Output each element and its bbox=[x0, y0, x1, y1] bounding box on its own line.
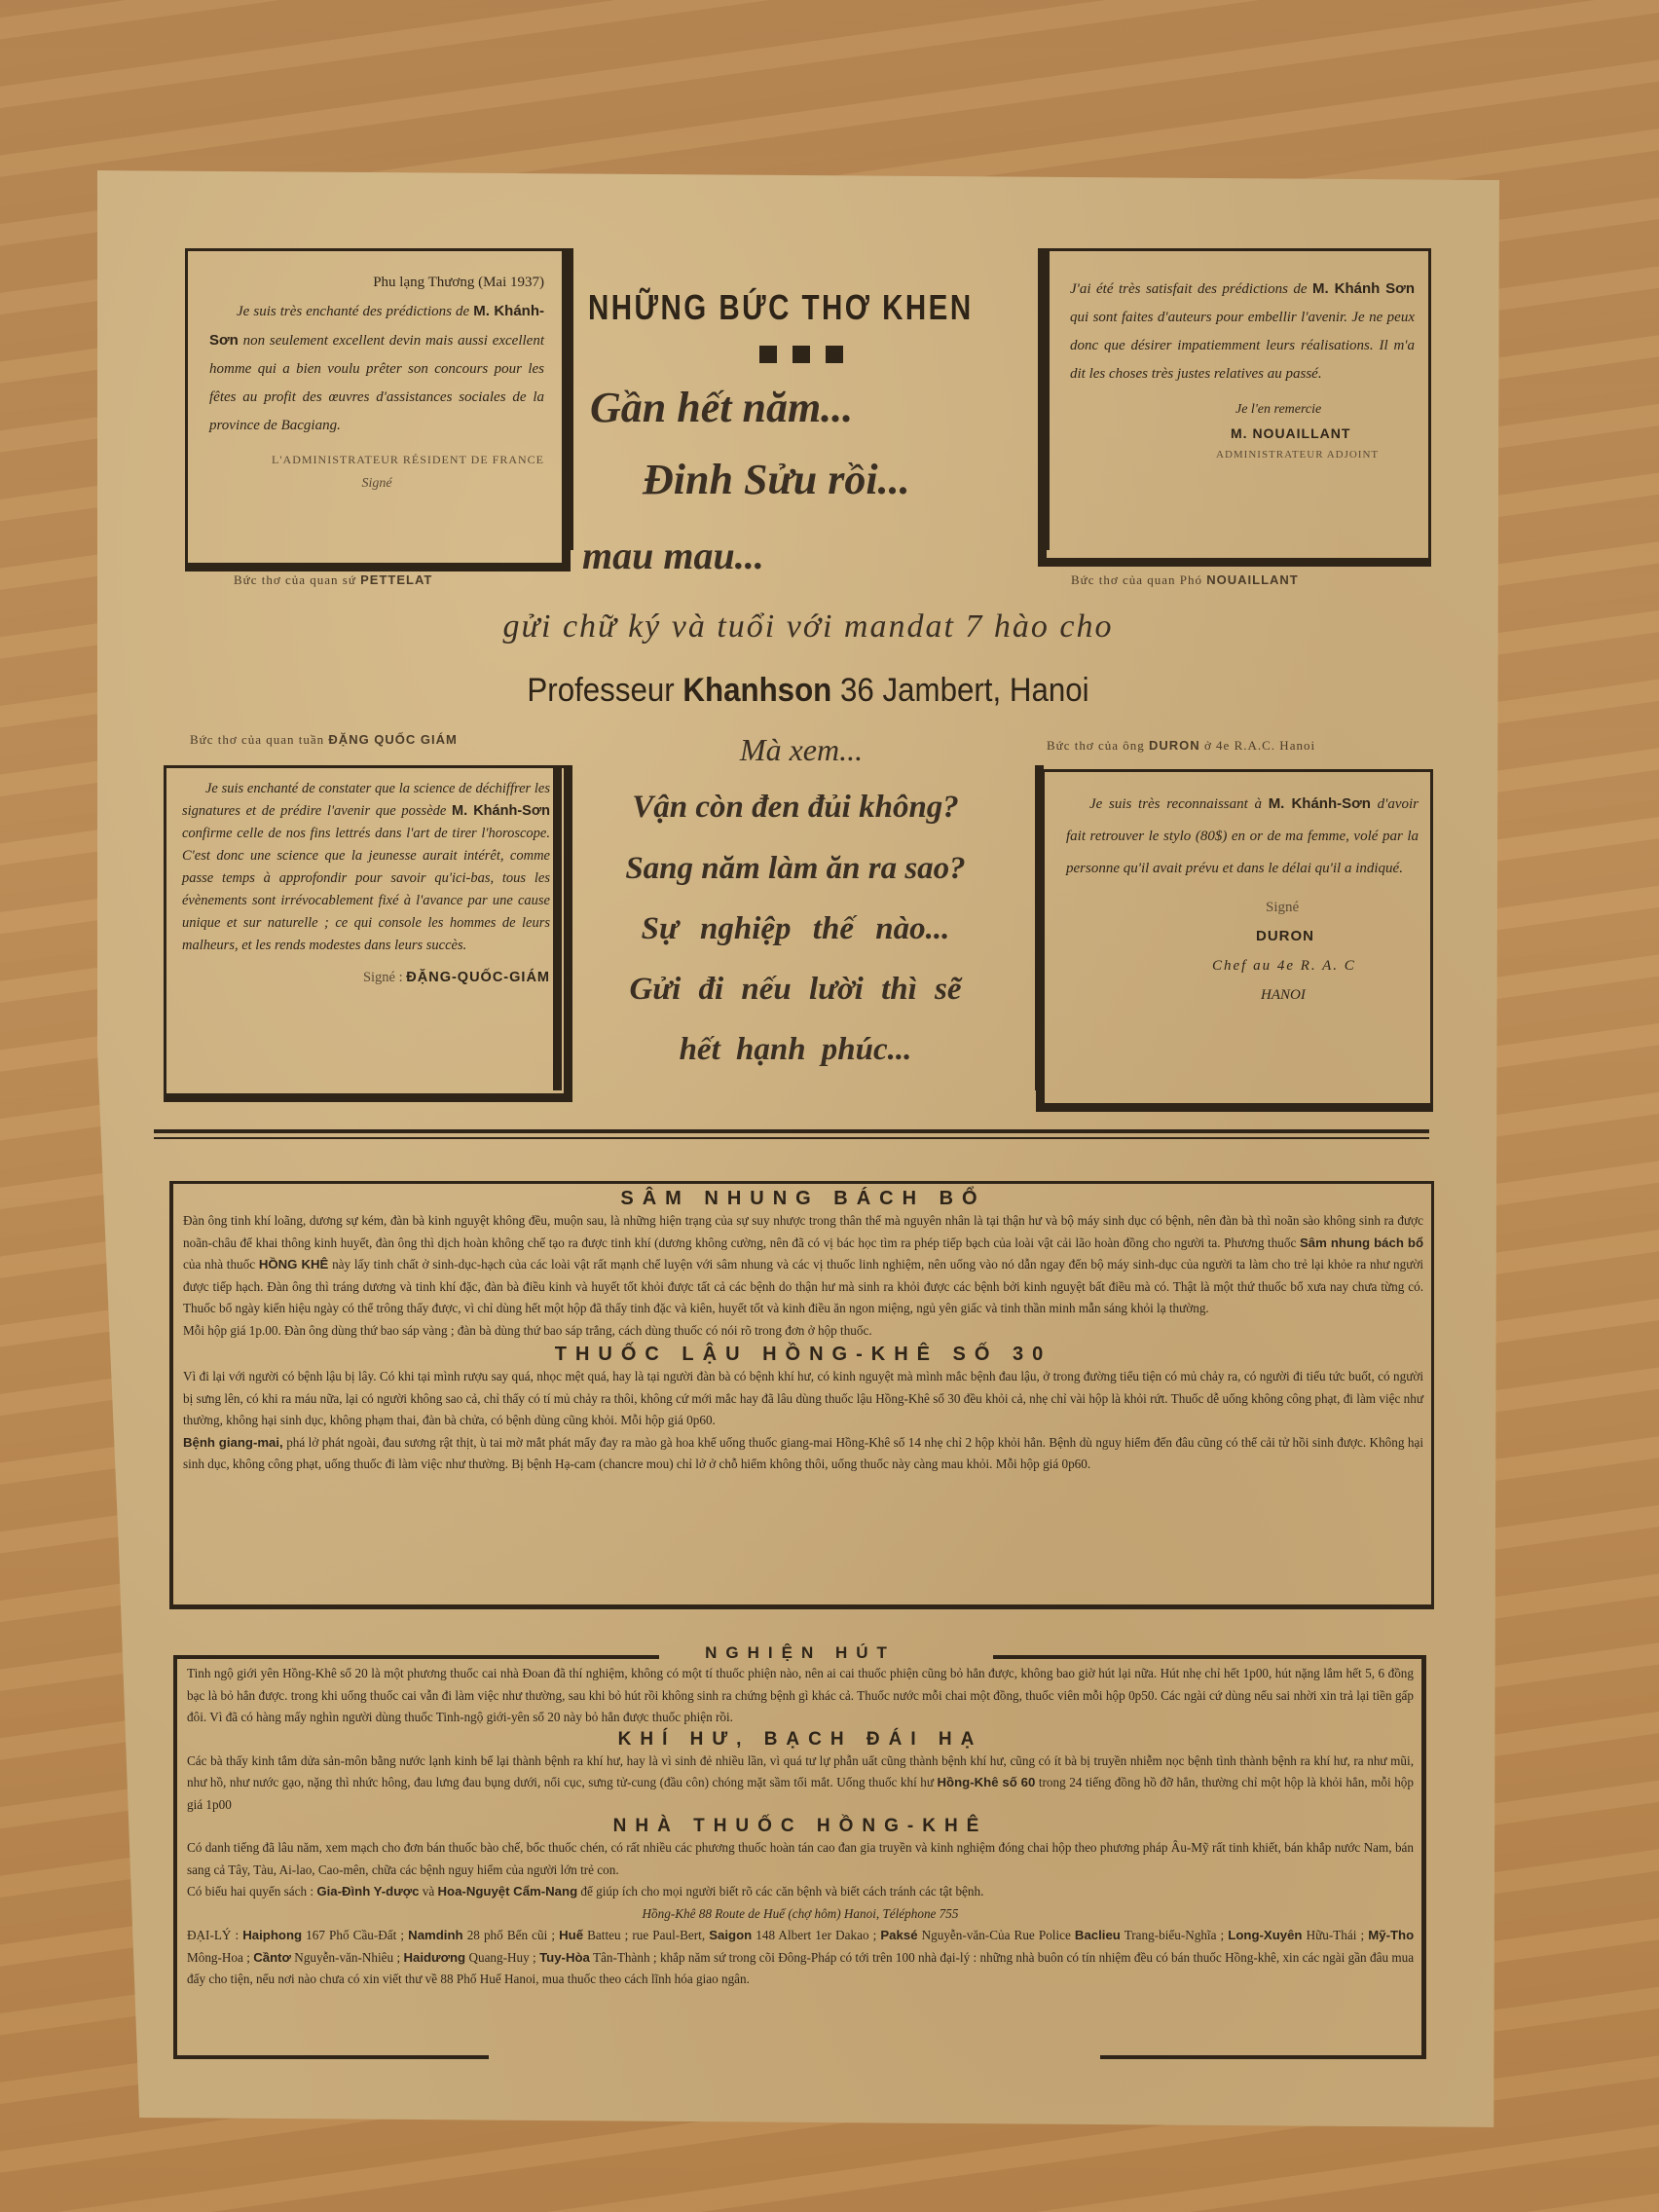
ad-body-nghien-hut: Tinh ngộ giới yên Hồng-Khê số 20 là một … bbox=[187, 1663, 1414, 1729]
letter-signature-title: ADMINISTRATEUR ADJOINT bbox=[1070, 445, 1415, 464]
ad-box-nghien-hut: NGHIỆN HÚT Tinh ngộ giới yên Hồng-Khê số… bbox=[173, 1655, 1426, 2059]
ad-body-sam-nhung: Đàn ông tinh khí loãng, dương sự kém, đà… bbox=[183, 1210, 1423, 1342]
book-title-1: Gia-Đình Y-dược bbox=[316, 1884, 419, 1899]
ad-body-khi-hu: Các bà thấy kinh tắm dửa sản-môn bằng nư… bbox=[187, 1751, 1414, 1817]
letter-dateline: Phu lạng Thương (Mai 1937) bbox=[209, 269, 544, 297]
letter-signature-place: HANOI bbox=[1066, 980, 1419, 1010]
ad-body-nha-thuoc: Có danh tiếng đã lâu năm, xem mạch cho đ… bbox=[187, 1837, 1414, 1991]
letter-closing: Je l'en remercie bbox=[1070, 398, 1415, 422]
ad-title-khi-hu: KHÍ HƯ, BẠCH ĐÁI HẠ bbox=[187, 1729, 1414, 1751]
professor-name: Khanhson bbox=[682, 672, 831, 709]
letter-body: J'ai été très satisfait des prédictions … bbox=[1070, 275, 1415, 388]
letter-caption-duron: Bức thơ của ông DURON ở 4e R.A.C. Hanoi bbox=[1047, 738, 1315, 754]
letter-caption-nouaillant: Bức thơ của quan Phó NOUAILLANT bbox=[1071, 572, 1299, 588]
ad-body-thuoc-lau: Vì đi lại với người có bệnh lậu bị lây. … bbox=[183, 1366, 1423, 1476]
call-to-action: gửi chữ ký và tuổi với mandat 7 hào cho bbox=[175, 608, 1441, 645]
letter-box-nouaillant: J'ai été très satisfait des prédictions … bbox=[1038, 248, 1431, 567]
question-1: Vận còn đen đủi không? bbox=[553, 790, 1038, 826]
teaser: Mà xem... bbox=[565, 732, 1038, 768]
slogan-line-1: Gần hết năm... bbox=[590, 383, 853, 432]
question-4: Gửi đi nếu lười thì sẽ bbox=[553, 972, 1038, 1008]
letter-caption-dang-quoc-giam: Bức thơ của quan tuần ĐẶNG QUỐC GIÁM bbox=[190, 732, 458, 748]
slogan-line-2: Đinh Sửu rồi... bbox=[643, 455, 910, 504]
letter-signature-label: Signé bbox=[1066, 893, 1419, 922]
headline-title: NHỮNG BỨC THƠ KHEN bbox=[588, 287, 974, 328]
slogan-line-3: mau mau... bbox=[582, 533, 764, 578]
question-5: hết hạnh phúc... bbox=[553, 1032, 1038, 1068]
section-divider bbox=[154, 1129, 1429, 1133]
letter-subject: M. Khánh Sơn bbox=[1312, 280, 1415, 297]
letter-signature: DURON bbox=[1066, 922, 1419, 951]
letter-subject: M. Khánh-Sơn bbox=[1269, 795, 1371, 812]
professor-address: Professeur Khanhson 36 Jambert, Hanoi bbox=[226, 672, 1390, 710]
ad-title-nha-thuoc: NHÀ THUỐC HỒNG-KHÊ bbox=[187, 1816, 1414, 1837]
question-2: Sang năm làm ăn ra sao? bbox=[553, 851, 1038, 887]
pharmacy-address: Hồng-Khê 88 Route de Huế (chợ hôm) Hanoi… bbox=[187, 1903, 1414, 1926]
ad-price-sam-nhung: Mỗi hộp giá 1p.00. Đàn ông dùng thứ bao … bbox=[183, 1320, 1423, 1343]
question-3: Sự nghiệp thế nào... bbox=[553, 911, 1038, 947]
agents-list: ĐẠI-LÝ : Haiphong 167 Phố Cầu-Đất ; Namd… bbox=[187, 1925, 1414, 1991]
letter-box-dang-quoc-giam: Je suis enchanté de constater que la sci… bbox=[164, 765, 572, 1102]
letter-body: Je suis enchanté de constater que la sci… bbox=[182, 778, 550, 957]
letter-body: Je suis très reconnaissant à M. Khánh-Sơ… bbox=[1066, 788, 1419, 885]
ad-highlight-giang-mai: Bệnh giang-mai, bbox=[183, 1435, 283, 1450]
questions-block: Vận còn đen đủi không? Sang năm làm ăn r… bbox=[553, 765, 1038, 1096]
letter-box-pettelat: Phu lạng Thương (Mai 1937) Je suis très … bbox=[185, 248, 571, 571]
letter-signature: M. NOUAILLANT bbox=[1070, 422, 1415, 445]
letter-signature: Signé bbox=[209, 474, 544, 494]
book-title-2: Hoa-Nguyệt Cẩm-Nang bbox=[438, 1884, 578, 1899]
letter-subject: M. Khánh-Sơn bbox=[452, 803, 550, 819]
letter-box-duron: Je suis très reconnaissant à M. Khánh-Sơ… bbox=[1036, 769, 1433, 1112]
ad-title-thuoc-lau: THUỐC LẬU HỒNG-KHÊ SỐ 30 bbox=[183, 1344, 1423, 1366]
ad-title-nghien-hut: NGHIỆN HÚT bbox=[187, 1643, 1414, 1663]
letter-signature-title: Chef au 4e R. A. C bbox=[1066, 951, 1419, 980]
ad-title-sam-nhung: SÂM NHUNG BÁCH BỔ bbox=[183, 1188, 1423, 1210]
letter-signature-title: L'ADMINISTRATEUR RÉSIDENT DE FRANCE bbox=[209, 446, 544, 474]
ad-box-sam-nhung: SÂM NHUNG BÁCH BỔ Đàn ông tinh khí loãng… bbox=[169, 1181, 1434, 1609]
section-divider bbox=[154, 1137, 1429, 1139]
letter-caption-pettelat: Bức thơ của quan sứ PETTELAT bbox=[234, 572, 432, 588]
decorative-squares bbox=[565, 346, 1038, 368]
letter-signature: Signé : ĐẶNG-QUỐC-GIÁM bbox=[182, 967, 550, 989]
letter-body: Je suis très enchanté des prédictions de… bbox=[209, 297, 544, 440]
